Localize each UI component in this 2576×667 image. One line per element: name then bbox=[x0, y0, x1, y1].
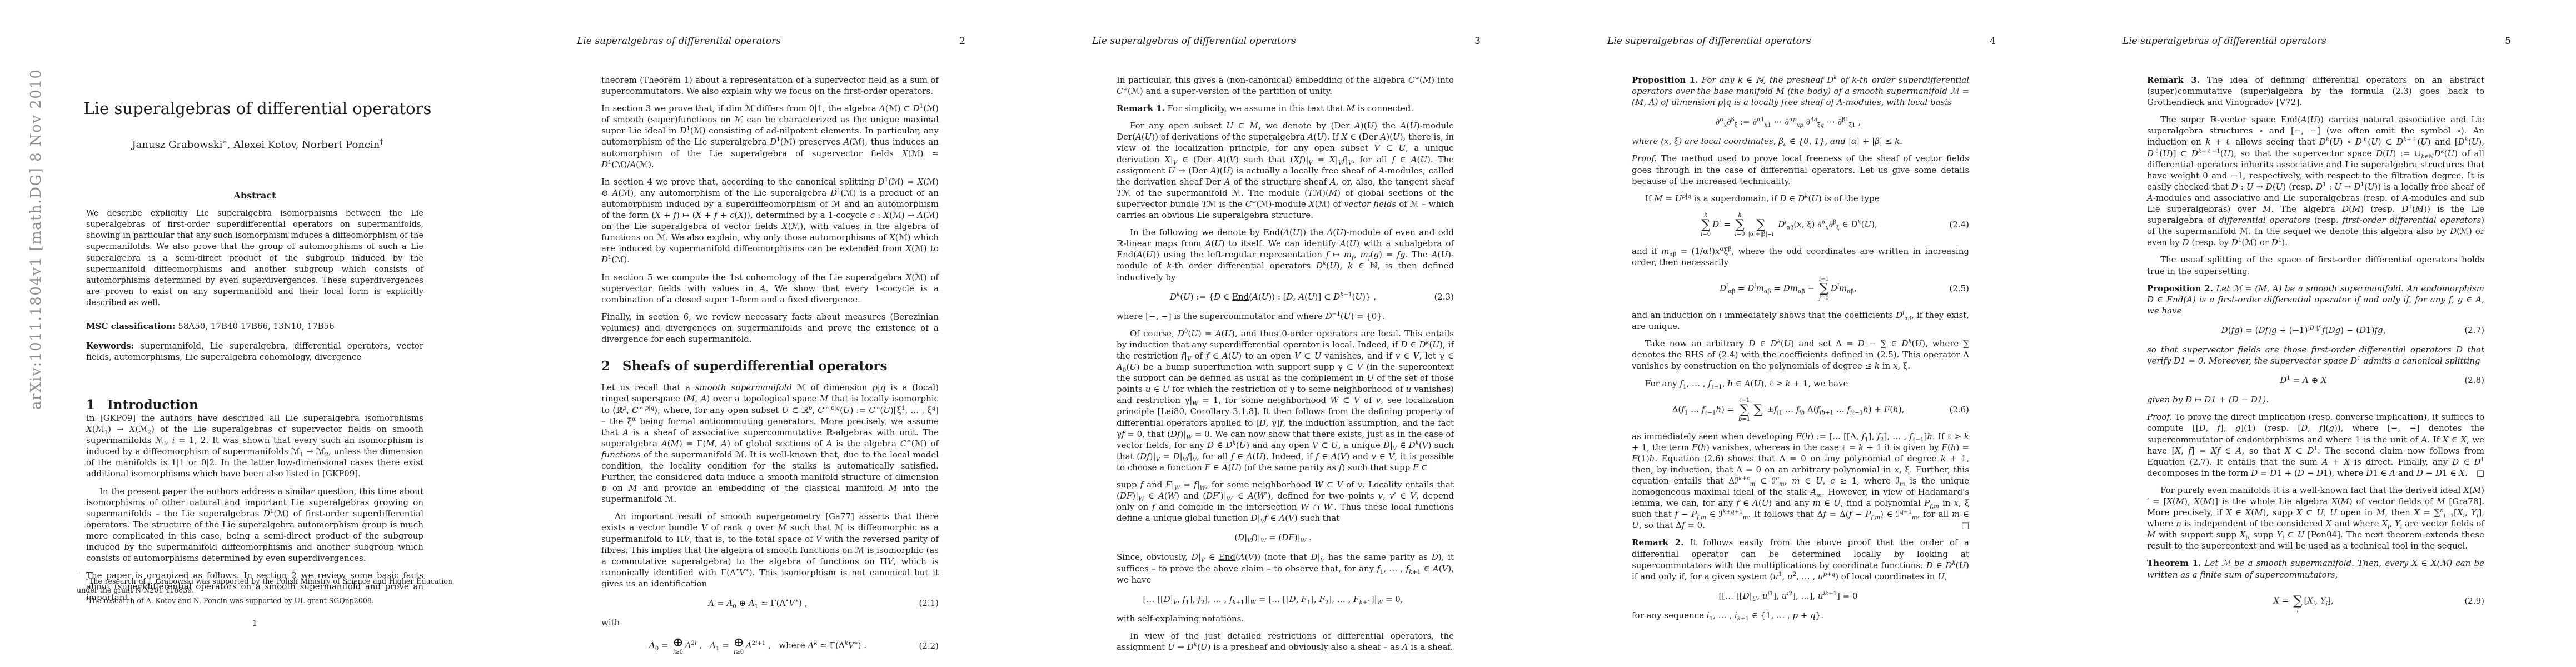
equation-tag: (2.8) bbox=[2460, 375, 2484, 386]
remark-2: Remark 2. It follows easily from the abo… bbox=[1632, 537, 1969, 581]
paragraph: In particular, this gives a (non-canonic… bbox=[1117, 74, 1454, 97]
equation-body: Δ(f1 … fℓ−1h) = ℓ−1∑b=1 ∑ ±fi1 … fib Δ(f… bbox=[1632, 397, 1945, 422]
equation-tag: (2.6) bbox=[1945, 404, 1969, 415]
arxiv-stamp: arXiv:1011.1804v1 [math.DG] 8 Nov 2010 bbox=[28, 69, 44, 410]
paragraph: Finally, in section 6, we review necessa… bbox=[601, 311, 939, 345]
equation-body: Diαβ = Dimαβ = Dmαβ − i−1∑j=0Djmαβ, bbox=[1632, 276, 1945, 301]
paragraph: In view of the just detailed restriction… bbox=[1117, 630, 1454, 653]
remark-3: Remark 3. The idea of defining different… bbox=[2147, 74, 2484, 108]
proof-paragraph: Proof. The method used to prove local fr… bbox=[1632, 153, 1969, 186]
paragraph: For purely even manifolds it is a well-k… bbox=[2147, 485, 2484, 552]
document-canvas: arXiv:1011.1804v1 [math.DG] 8 Nov 2010 L… bbox=[0, 0, 2576, 667]
equation-2-4: k∑i=0Di = k∑i=0 ∑|α|+|β|=i Diαβ(x, ξ) ∂α… bbox=[1632, 212, 1969, 237]
proposition-2-continued: so that supervector fields are those fir… bbox=[2147, 344, 2484, 366]
section-title: Introduction bbox=[107, 397, 198, 412]
paragraph: In section 5 we compute the 1st cohomolo… bbox=[601, 272, 939, 305]
paragraph: In the following we denote by End(A(U)) … bbox=[1117, 227, 1454, 282]
running-header: Lie superalgebras of differential operat… bbox=[577, 36, 965, 47]
equation-2-1: A = A0 ⊕ A1 ≃ Γ(Λ•V∗) , (2.1) bbox=[601, 598, 939, 609]
paragraph: For any f1, … , fℓ−1, h ∈ A(U), ℓ ≥ k + … bbox=[1632, 378, 1969, 389]
equation-brackets: [… [[D|V, f1], f2], … , fk+1]|W = [… [[D… bbox=[1117, 594, 1454, 605]
paragraph: Since, obviously, D|V ∈ End(A(V)) (note … bbox=[1117, 551, 1454, 585]
equation-restriction: (D|Vf)|W = (DF)|W . bbox=[1117, 532, 1454, 543]
page-body: Remark 3. The idea of defining different… bbox=[2147, 74, 2484, 622]
paragraph: The usual splitting of the space of firs… bbox=[2147, 254, 2484, 276]
page-number: 5 bbox=[2505, 36, 2511, 47]
running-header: Lie superalgebras of differential operat… bbox=[1092, 36, 1481, 47]
paragraph: where [−, −] is the supercommutator and … bbox=[1117, 311, 1454, 322]
paragraph: In section 3 we prove that, if dim ℳ dif… bbox=[601, 103, 939, 170]
abstract-heading: Abstract bbox=[86, 190, 423, 201]
page-number: 3 bbox=[1474, 36, 1481, 47]
equation-body: (D|Vf)|W = (DF)|W . bbox=[1117, 532, 1429, 543]
paragraph: In the present paper the authors address… bbox=[86, 486, 423, 564]
running-title: Lie superalgebras of differential operat… bbox=[2122, 36, 2326, 47]
page-number: 2 bbox=[959, 36, 965, 47]
running-title: Lie superalgebras of differential operat… bbox=[577, 36, 781, 47]
paragraph: In [GKP09] the authors have described al… bbox=[86, 412, 423, 480]
equation-commutators: [[… [[D|U, ui1], ui2], …], uik+1] = 0 bbox=[1632, 590, 1969, 601]
paragraph: with bbox=[601, 617, 939, 628]
paragraph: For any open subset U ⊂ M, we denote by … bbox=[1117, 120, 1454, 221]
equation-tag: (2.4) bbox=[1945, 219, 1969, 230]
paragraph: In section 4 we prove that, according to… bbox=[601, 176, 939, 266]
section-1-heading: 1Introduction bbox=[86, 398, 423, 412]
equation-body: [[… [[D|U, ui1], ui2], …], uik+1] = 0 bbox=[1632, 590, 1945, 601]
equation-body: [… [[D|V, f1], f2], … , fk+1]|W = [… [[D… bbox=[1117, 594, 1429, 605]
paragraph: for any sequence i1, … , ik+1 ∈ {1, … , … bbox=[1632, 610, 1969, 621]
page-body: In particular, this gives a (non-canonic… bbox=[1117, 74, 1454, 659]
proof-paragraph: Proof. To prove the direct implication (… bbox=[2147, 411, 2484, 479]
remark-1: Remark 1. For simplicity, we assume in t… bbox=[1117, 103, 1454, 114]
page-1: arXiv:1011.1804v1 [math.DG] 8 Nov 2010 L… bbox=[0, 0, 515, 667]
proposition-2-map: given by D ↦ D1 + (D − D1). bbox=[2147, 394, 2484, 405]
page-number: 1 bbox=[86, 618, 423, 628]
page-4: Lie superalgebras of differential operat… bbox=[1546, 0, 2061, 667]
paragraph: with self-explaining notations. bbox=[1117, 613, 1454, 624]
equation-body: Dk(U) := {D ∈ End(A(U)) : [D, A(U)] ⊂ Dk… bbox=[1117, 291, 1429, 302]
paragraph: Of course, D0(U) = A(U), and thus 0-orde… bbox=[1117, 328, 1454, 473]
page-3: Lie superalgebras of differential operat… bbox=[1030, 0, 1546, 667]
running-header: Lie superalgebras of differential operat… bbox=[1607, 36, 1996, 47]
equation-tag: (2.9) bbox=[2460, 595, 2484, 606]
paragraph: and if mαβ = (1/α!)xαξβ, where the odd c… bbox=[1632, 246, 1969, 268]
footnote-block: ∗The research of J. Grabowski was suppor… bbox=[77, 573, 452, 606]
section-number: 2 bbox=[601, 359, 610, 374]
page-2: Lie superalgebras of differential operat… bbox=[515, 0, 1030, 667]
footnote: ∗The research of J. Grabowski was suppor… bbox=[77, 577, 452, 595]
equation-2-3: Dk(U) := {D ∈ End(A(U)) : [D, A(U)] ⊂ Dk… bbox=[1117, 291, 1454, 302]
footnote-rule bbox=[77, 573, 217, 573]
equation-basis: ∂αx∂βξ := ∂α1x1 ⋯ ∂αpxp ∂βqξq ⋯ ∂β1ξ1 , bbox=[1632, 116, 1969, 127]
running-title: Lie superalgebras of differential operat… bbox=[1607, 36, 1811, 47]
equation-body: D(fg) = (Df)g + (−1)|D||f|f(Dg) − (D1)fg… bbox=[2147, 325, 2460, 336]
equation-2-9: X = ∑i[Xi, Yi], (2.9) bbox=[2147, 589, 2484, 614]
msc-line: MSC classification: 58A50, 17B40 17B66, … bbox=[86, 321, 423, 331]
paragraph: as immediately seen when developing F(h)… bbox=[1632, 431, 1969, 531]
running-title: Lie superalgebras of differential operat… bbox=[1092, 36, 1296, 47]
page-number: 4 bbox=[1990, 36, 1996, 47]
paragraph: Let us recall that a smooth supermanifol… bbox=[601, 382, 939, 505]
equation-body: A = A0 ⊕ A1 ≃ Γ(Λ•V∗) , bbox=[601, 598, 914, 609]
paragraph: Take now an arbitrary D ∈ Dk(U) and set … bbox=[1632, 338, 1969, 371]
paragraph: The super ℝ-vector space End(A(U)) carri… bbox=[2147, 114, 2484, 248]
page-5: Lie superalgebras of differential operat… bbox=[2061, 0, 2576, 667]
equation-2-6: Δ(f1 … fℓ−1h) = ℓ−1∑b=1 ∑ ±fi1 … fib Δ(f… bbox=[1632, 397, 1969, 422]
footnote: †The research of A. Kotov and N. Poncin … bbox=[77, 596, 452, 605]
paragraph: theorem (Theorem 1) about a representati… bbox=[601, 74, 939, 97]
paper-title: Lie superalgebras of differential operat… bbox=[56, 99, 460, 118]
proposition-2: Proposition 2. Let ℳ = (M, A) be a smoot… bbox=[2147, 283, 2484, 316]
paragraph: supp f and F|W = f|W, for some neighborh… bbox=[1117, 479, 1454, 524]
equation-2-7: D(fg) = (Df)g + (−1)|D||f|f(Dg) − (D1)fg… bbox=[2147, 325, 2484, 336]
equation-tag: (2.1) bbox=[914, 598, 939, 609]
equation-tag: (2.3) bbox=[1429, 291, 1454, 302]
equation-tag: (2.2) bbox=[914, 640, 939, 651]
equation-2-2: A0 = ⊕i≥0A2i , A1 = ⊕i≥0A2i+1 , where Ak… bbox=[601, 636, 939, 655]
page-body: Proposition 1. For any k ∈ ℕ, the preshe… bbox=[1632, 74, 1969, 627]
section-title: Sheafs of superdifferential operators bbox=[622, 359, 887, 374]
theorem-1: Theorem 1. Let ℳ be a smooth supermanifo… bbox=[2147, 558, 2484, 580]
equation-body: k∑i=0Di = k∑i=0 ∑|α|+|β|=i Diαβ(x, ξ) ∂α… bbox=[1632, 212, 1945, 237]
proposition-1: Proposition 1. For any k ∈ ℕ, the preshe… bbox=[1632, 74, 1969, 108]
equation-body: ∂αx∂βξ := ∂α1x1 ⋯ ∂αpxp ∂βqξq ⋯ ∂β1ξ1 , bbox=[1632, 116, 1945, 127]
equation-tag: (2.5) bbox=[1945, 283, 1969, 294]
paragraph: An important result of smooth supergeome… bbox=[601, 511, 939, 589]
abstract-text: We describe explicitly Lie superalgebra … bbox=[86, 208, 423, 308]
paragraph: and an induction on i immediately shows … bbox=[1632, 310, 1969, 332]
equation-tag: (2.7) bbox=[2460, 325, 2484, 336]
section-2-heading: 2Sheafs of superdifferential operators bbox=[601, 359, 939, 373]
proposition-1-conditions: where (x, ξ) are local coordinates, βa ∈… bbox=[1632, 136, 1969, 147]
running-header: Lie superalgebras of differential operat… bbox=[2122, 36, 2511, 47]
equation-2-8: D1 = A ⊕ X (2.8) bbox=[2147, 375, 2484, 386]
equation-body: A0 = ⊕i≥0A2i , A1 = ⊕i≥0A2i+1 , where Ak… bbox=[601, 636, 914, 655]
page-body: theorem (Theorem 1) about a representati… bbox=[601, 74, 939, 664]
equation-body: D1 = A ⊕ X bbox=[2147, 375, 2460, 386]
section-number: 1 bbox=[86, 397, 95, 412]
paragraph: If M = Up|q is a superdomain, if D ∈ Dk(… bbox=[1632, 193, 1969, 204]
keywords-line: Keywords: supermanifold, Lie superalgebr… bbox=[86, 340, 423, 362]
authors-line: Janusz Grabowski∗, Alexei Kotov, Norbert… bbox=[56, 139, 460, 151]
equation-body: X = ∑i[Xi, Yi], bbox=[2147, 589, 2460, 614]
equation-2-5: Diαβ = Dimαβ = Dmαβ − i−1∑j=0Djmαβ, (2.5… bbox=[1632, 276, 1969, 301]
